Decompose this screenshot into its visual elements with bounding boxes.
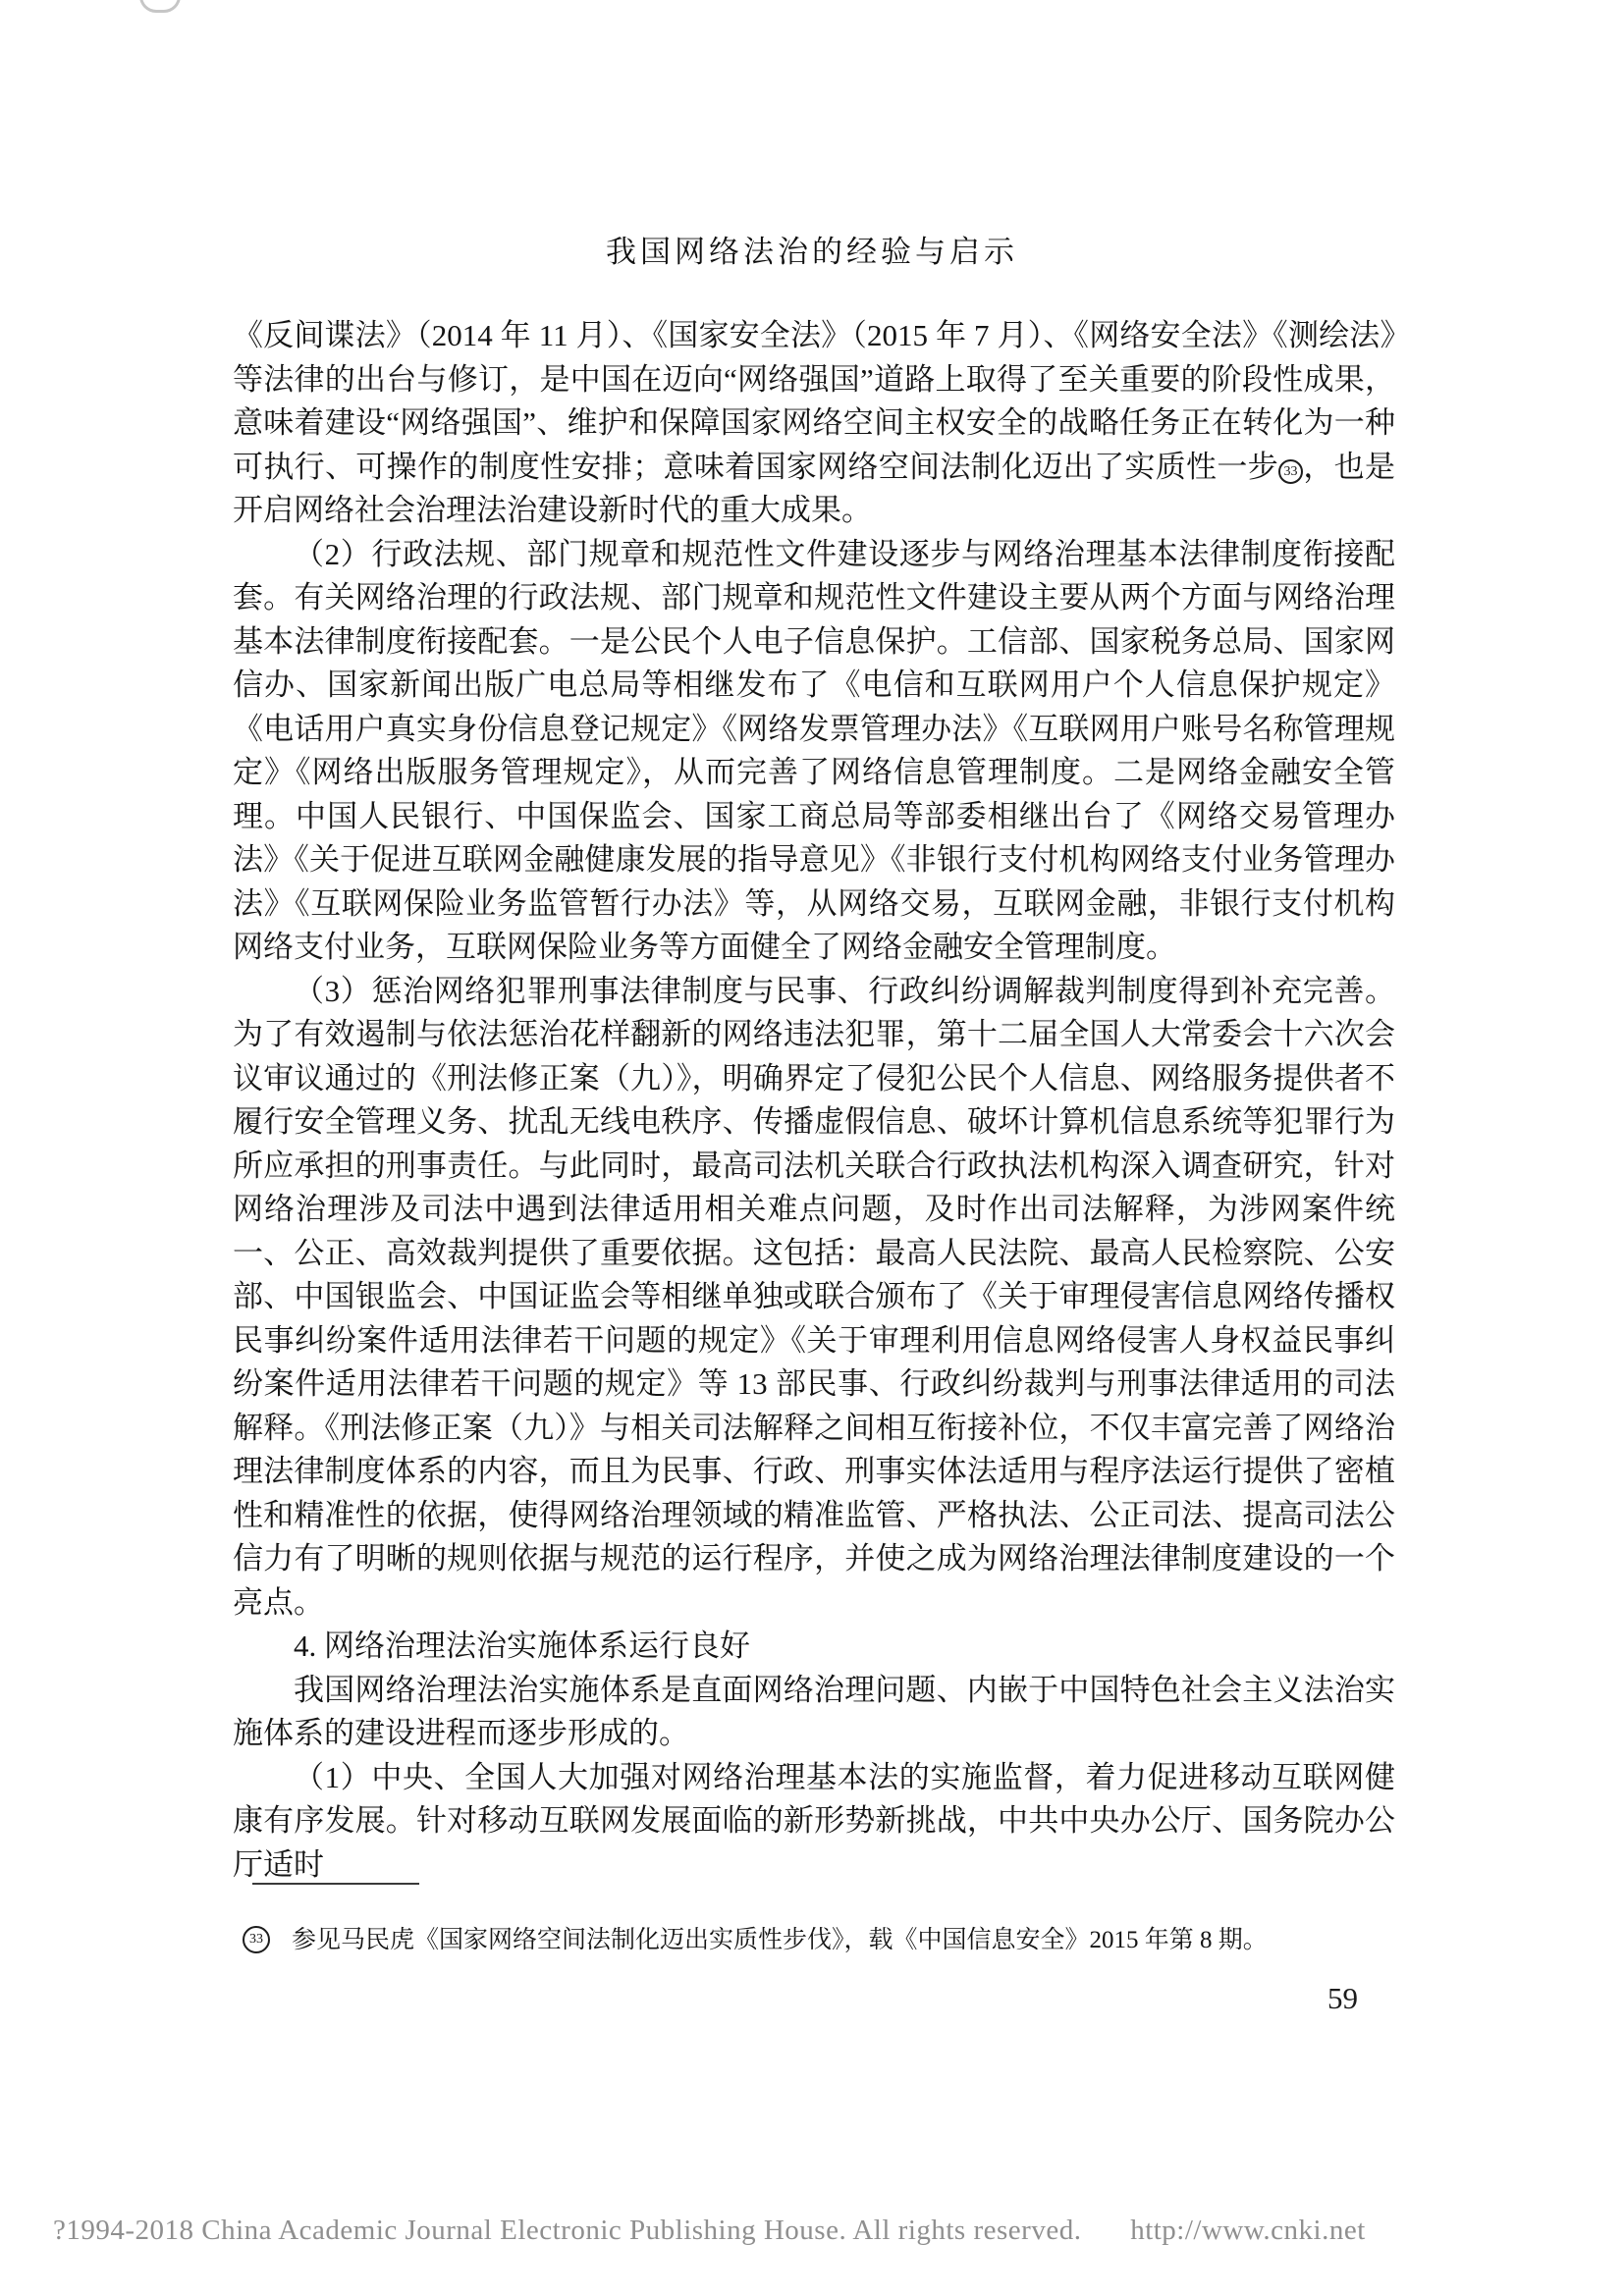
copyright-text: ?1994-2018 China Academic Journal Electr… xyxy=(53,2215,1081,2246)
footnote-marker: 33 xyxy=(243,1926,270,1953)
copyright-banner: ?1994-2018 China Academic Journal Electr… xyxy=(53,2215,1366,2247)
paragraph: （2）行政法规、部门规章和规范性文件建设逐步与网络治理基本法律制度衔接配套。有关… xyxy=(233,533,1395,970)
footnote: 33 参见马民虎《国家网络空间法制化迈出实质性步伐》，载《中国信息安全》2015… xyxy=(243,1922,1405,1959)
paragraph: 《反间谍法》（2014 年 11 月）、《国家安全法》（2015 年 7 月）、… xyxy=(233,314,1395,533)
footnote-ref-marker: 33 xyxy=(1278,459,1303,484)
footnote-text: 参见马民虎《国家网络空间法制化迈出实质性步伐》，载《中国信息安全》2015 年第… xyxy=(292,1922,1268,1959)
paragraph: （3）惩治网络犯罪刑事法律制度与民事、行政纠纷调解裁判制度得到补充完善。为了有效… xyxy=(233,970,1395,1626)
paragraph: （1）中央、全国人大加强对网络治理基本法的实施监督，着力促进移动互联网健康有序发… xyxy=(233,1756,1395,1888)
section-heading: 4. 网络治理法治实施体系运行良好 xyxy=(233,1625,1395,1669)
footnote-divider xyxy=(252,1883,419,1885)
page-number: 59 xyxy=(1327,1981,1358,2016)
scan-artifact xyxy=(139,0,181,13)
paragraph: 我国网络治理法治实施体系是直面网络治理问题、内嵌于中国特色社会主义法治实施体系的… xyxy=(233,1669,1395,1756)
document-page: 我国网络法治的经验与启示 《反间谍法》（2014 年 11 月）、《国家安全法》… xyxy=(0,0,1624,2296)
paragraph-text: 《反间谍法》（2014 年 11 月）、《国家安全法》（2015 年 7 月）、… xyxy=(233,318,1395,484)
publisher-url: http://www.cnki.net xyxy=(1130,2215,1366,2246)
page-title: 我国网络法治的经验与启示 xyxy=(0,227,1624,271)
article-body: 《反间谍法》（2014 年 11 月）、《国家安全法》（2015 年 7 月）、… xyxy=(233,314,1395,1887)
